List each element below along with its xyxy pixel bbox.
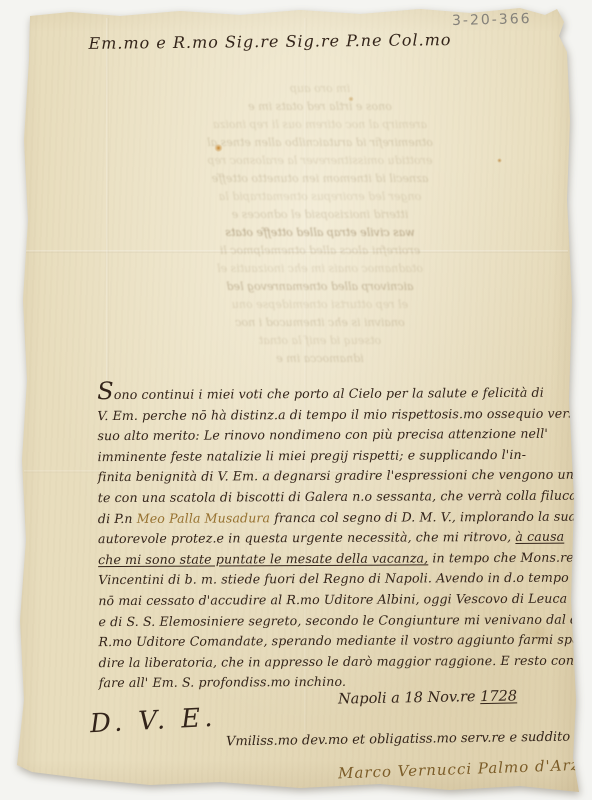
body-line-8: autorevole protez.e in questa urgente ne… bbox=[98, 527, 528, 550]
body-line-2: V. Em. perche nō hà distinz.a di tempo i… bbox=[97, 403, 527, 426]
bleedthrough-line: itterid inoizisopsid el odnoces e bbox=[128, 206, 512, 224]
body-line-3: suo alto merito: Le rinovo nondimeno con… bbox=[97, 424, 527, 447]
body-line-5: finita benignità di V. Em. a degnarsi gr… bbox=[98, 465, 528, 488]
closing-monogram: D. V. E. bbox=[89, 703, 217, 740]
body-line-9: che mi sono state puntate le mesate dell… bbox=[98, 548, 528, 571]
body-line-12: e di S. S. Elemosiniere segreto, secondo… bbox=[98, 609, 528, 632]
body-line-1: Sono continui i miei voti che porto al C… bbox=[97, 383, 527, 406]
bleedthrough-line: idnamocca im e bbox=[128, 350, 512, 368]
body-text: autorevole protez.e in questa urgente ne… bbox=[98, 529, 515, 546]
body-line-10: Vincentini di b. m. stiede fuori del Reg… bbox=[98, 568, 528, 591]
body-line-4: imminente feste natalizie li miei pregij… bbox=[98, 445, 528, 468]
bleedthrough-line: eroirefni alocs alled otnemelpmoc li bbox=[128, 242, 512, 260]
inserted-name-faded-ink: Meo Palla Musadura bbox=[137, 510, 270, 526]
date-text: Napoli a 18 Nov.re bbox=[338, 689, 480, 707]
bleedthrough-line: aicnivorp alled otnemanrevog led bbox=[128, 278, 512, 296]
letter-paper: 3-20-366 Em.mo e R.mo Sig.re Sig.re P.ne… bbox=[0, 0, 592, 800]
bleedthrough-line: was civile etrap alled otteffe otats bbox=[128, 224, 512, 242]
bleedthrough-line: aremirp al noc otirem ous li rep inoiza bbox=[128, 116, 512, 134]
body-line-6: te con una scatola di biscotti di Galera… bbox=[98, 486, 528, 509]
bleedthrough-line: el rep otturtsi otnemidepse onu bbox=[128, 296, 512, 314]
place-and-date: Napoli a 18 Nov.re 1728 bbox=[338, 688, 517, 707]
year-underlined: 1728 bbox=[480, 688, 517, 705]
bleedthrough-line: otseuq id enif la otnat bbox=[128, 332, 512, 350]
bleedthrough-line: onos e irtla red otats im e bbox=[128, 98, 512, 116]
letter-salutation: Em.mo e R.mo Sig.re Sig.re P.ne Col.mo bbox=[0, 29, 540, 54]
archive-number: 3-20-366 bbox=[452, 11, 532, 29]
body-text: in tempo che Mons.re M.r bbox=[428, 549, 592, 565]
scanned-letter-page: 3-20-366 Em.mo e R.mo Sig.re Sig.re P.ne… bbox=[0, 0, 592, 800]
vertical-fold-crease bbox=[106, 18, 109, 380]
body-line-11: nō mai cessato d'accudire al R.mo Uditor… bbox=[98, 589, 528, 612]
body-line-14: dire la liberatoria, che in appresso le … bbox=[99, 651, 529, 674]
closing-formula: Vmiliss.mo dev.mo et obligatiss.mo serv.… bbox=[226, 730, 570, 750]
bleedthrough-text: im oro auponos e irtla red otats im eare… bbox=[128, 80, 512, 368]
bleedthrough-line: im oro aup bbox=[128, 80, 512, 98]
body-text: franca col segno di D. M. V., implorando… bbox=[270, 508, 576, 525]
paper-shadow-wrap: 3-20-366 Em.mo e R.mo Sig.re Sig.re P.ne… bbox=[0, 0, 592, 800]
body-line-7: di P.n Meo Palla Musadura franca col seg… bbox=[98, 506, 528, 529]
underlined-phrase: à causa bbox=[515, 529, 564, 544]
bleedthrough-line: erottidu omissitnerever la eralosnoc rep bbox=[128, 152, 512, 170]
bleedthrough-line: onger led eroirepus otnematrapid la bbox=[128, 188, 512, 206]
body-line-13: R.mo Uditore Comandate, sperando mediant… bbox=[98, 630, 528, 653]
signature: Marco Vernucci Palmo d'Arzo bbox=[338, 756, 590, 783]
letter-body: Sono continui i miei voti che porto al C… bbox=[97, 383, 529, 694]
bleedthrough-line: aznecil id itnemom ien otunetto otteffe bbox=[128, 170, 512, 188]
underlined-phrase: che mi sono state puntate le mesate dell… bbox=[98, 550, 428, 567]
decorated-initial: S bbox=[97, 377, 114, 405]
bleedthrough-line: onaivni is ehc itnemucod i noc bbox=[128, 314, 512, 332]
bleedthrough-line: otnemirefir id arutaicnilbo allen etnes … bbox=[128, 134, 512, 152]
body-text: ono continui i miei voti che porto al Ci… bbox=[114, 385, 544, 402]
body-text: di P.n bbox=[98, 510, 137, 525]
bleedthrough-line: otadnamoc onais im ehc inoizautis el bbox=[128, 260, 512, 278]
